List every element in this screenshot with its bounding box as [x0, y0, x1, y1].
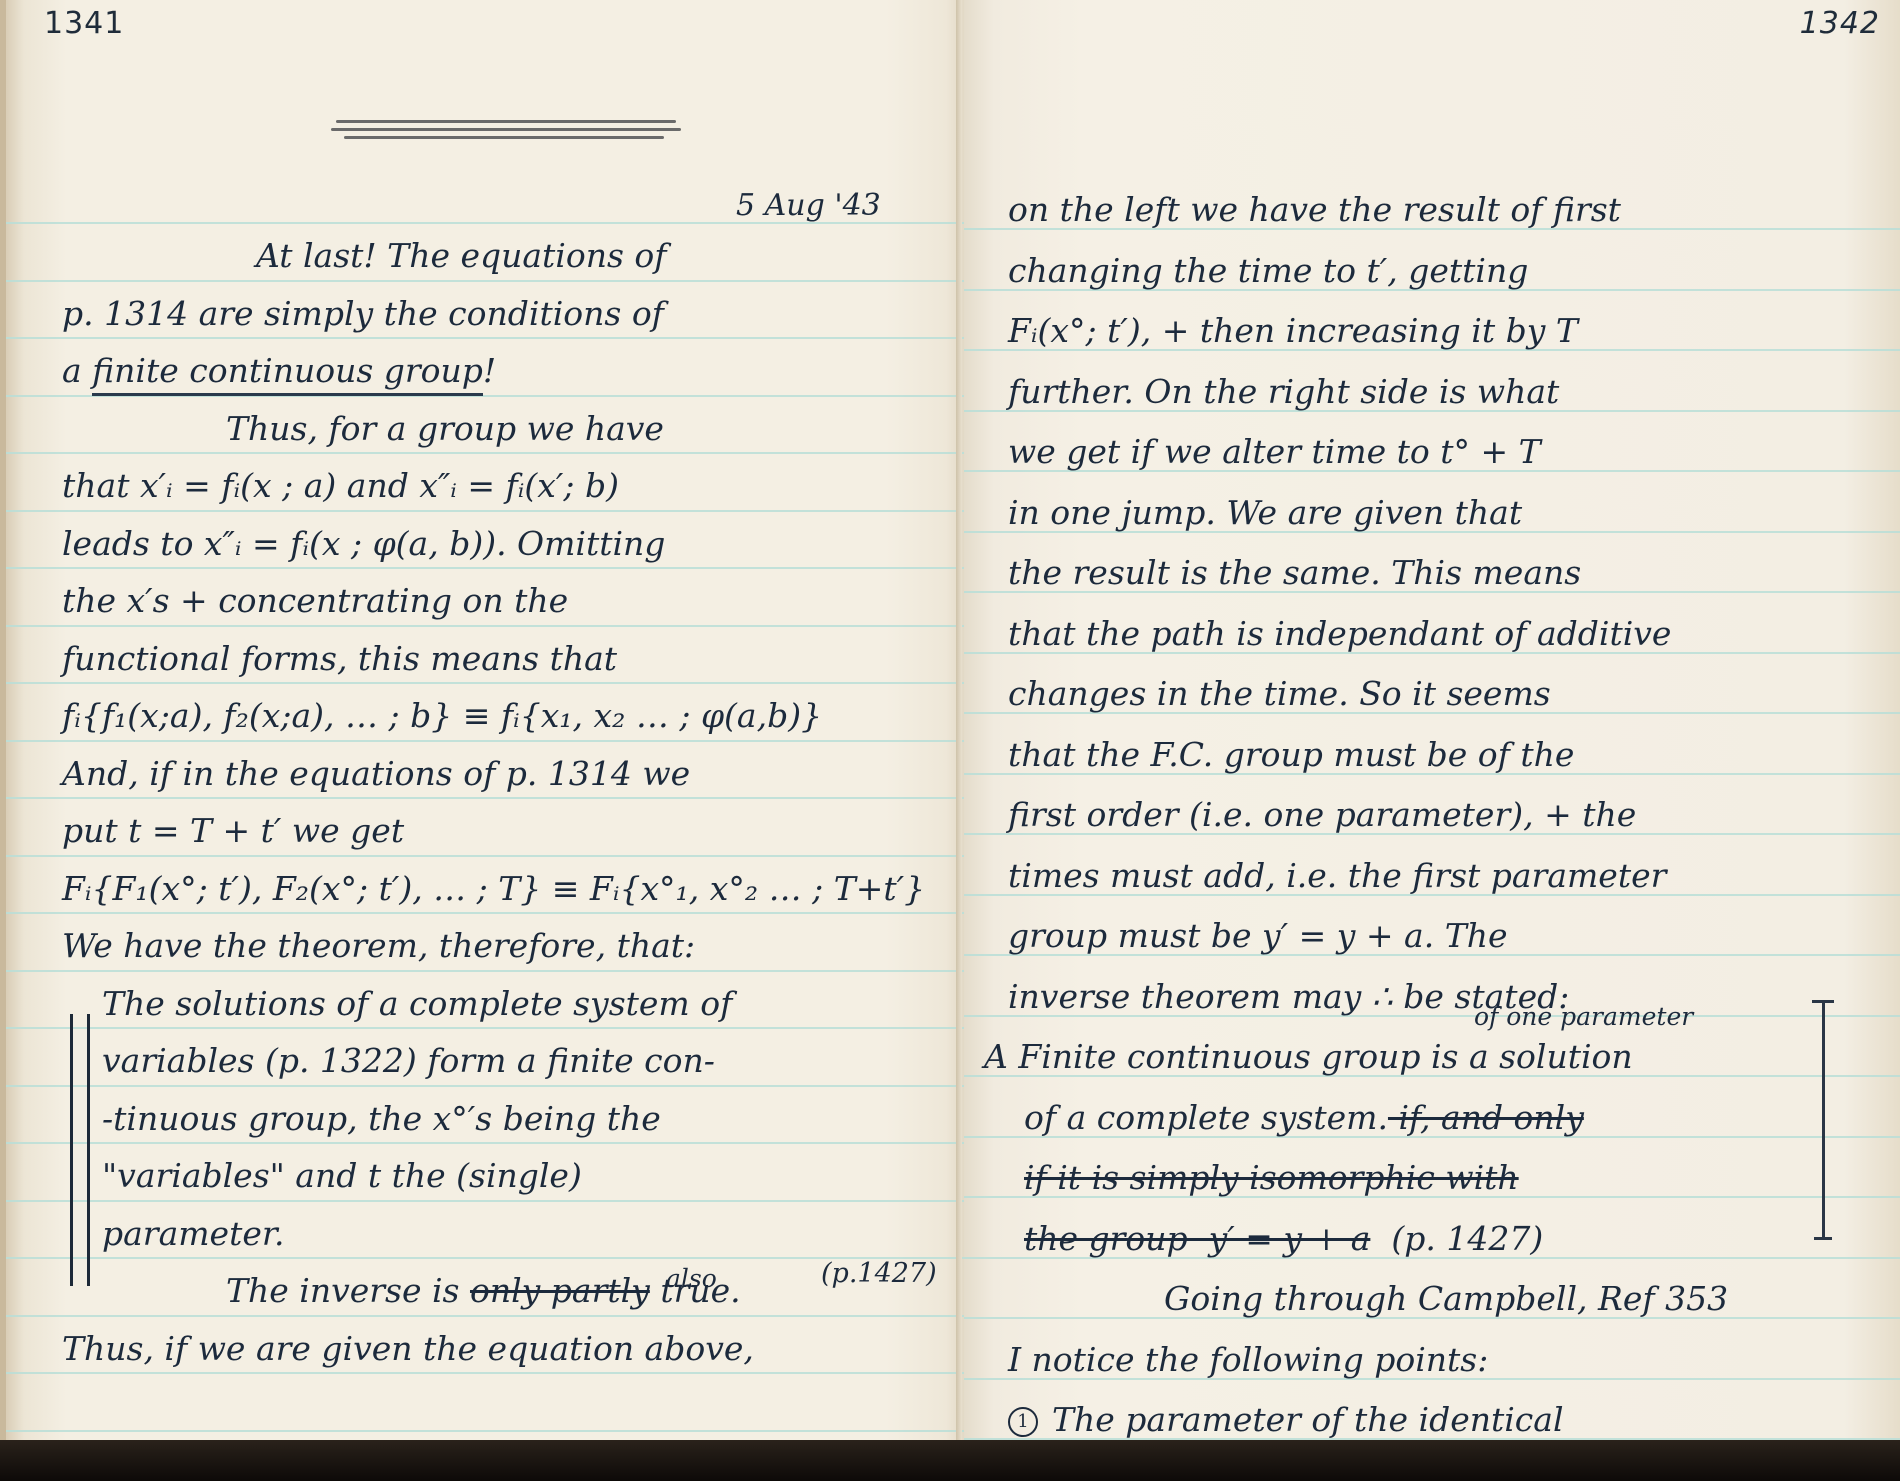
handwritten-line: functional forms, this means that [62, 639, 964, 699]
line-text: Going through Campbell, Ref 353 [1164, 1279, 1728, 1319]
line-text: Thus, for a group we have [226, 409, 664, 449]
margin-bracket-left [70, 1014, 90, 1286]
handwritten-line: on the left we have the result of first [1008, 190, 1900, 250]
line-text: ! [483, 351, 496, 391]
line-text: further. On the right side is what [1008, 372, 1559, 412]
heading-divider [336, 120, 676, 123]
line-text: we get if we alter time to t° + T [1008, 432, 1541, 472]
handwritten-line: of a complete system. if, and only [1024, 1098, 1900, 1158]
line-text: leads to x″ᵢ = fᵢ(x ; φ(a, b)). Omitting [62, 524, 665, 564]
spine-gutter [956, 0, 962, 1462]
line-text: changing the time to t′, getting [1008, 251, 1528, 291]
page-number-right: 1342 [1800, 6, 1880, 41]
line-text: fᵢ{f₁(x;a), f₂(x;a), … ; b} ≡ fᵢ{x₁, x₂ … [62, 696, 822, 736]
struck-out-text: only partly [470, 1271, 650, 1311]
line-text: put t = T + t′ we get [62, 811, 404, 851]
heading-divider [344, 136, 664, 139]
line-text: a [62, 351, 92, 391]
handwritten-line: Thus, if we are given the equation above… [62, 1329, 964, 1389]
underlined-text: finite continuous group [92, 351, 483, 396]
handwritten-line: that the path is independant of additive [1008, 614, 1900, 674]
page-number-left: 1341 [44, 6, 124, 41]
handwritten-line: Fᵢ(x°; t′), + then increasing it by T [1008, 311, 1900, 371]
line-text: that x′ᵢ = fᵢ(x ; a) and x″ᵢ = fᵢ(x′; b) [62, 466, 619, 506]
line-text: the result is the same. This means [1008, 553, 1581, 593]
handwritten-line: variables (p. 1322) form a finite con- [102, 1041, 964, 1101]
line-text: functional forms, this means that [62, 639, 617, 679]
rule-line [6, 1430, 964, 1432]
notebook-spread: 1341 5 Aug '43 At last! The equations of… [0, 0, 1900, 1462]
handwritten-line: leads to x″ᵢ = fᵢ(x ; φ(a, b)). Omitting [62, 524, 964, 584]
struck-out-text: the group y′ = y + a [1024, 1219, 1370, 1259]
handwritten-line: group must be y′ = y + a. The [1008, 916, 1900, 976]
line-text: Thus, if we are given the equation above… [62, 1329, 754, 1369]
handwritten-line: A Finite continuous group is a solution [984, 1037, 1900, 1097]
line-text: on the left we have the result of first [1008, 190, 1621, 230]
line-text: -tinuous group, the x°′s being the [102, 1099, 661, 1139]
handwritten-line: p. 1314 are simply the conditions of [62, 294, 964, 354]
insertion-of-one-parameter: of one parameter [1474, 1002, 1693, 1031]
handwritten-line: the group y′ = y + a (p. 1427) [1024, 1219, 1900, 1279]
handwritten-line: At last! The equations of [256, 236, 964, 296]
handwritten-line: And, if in the equations of p. 1314 we [62, 754, 964, 814]
handwritten-line: the result is the same. This means [1008, 553, 1900, 613]
handwritten-line: Thus, for a group we have [226, 409, 964, 469]
handwritten-line: further. On the right side is what [1008, 372, 1900, 432]
handwritten-line: The solutions of a complete system of [102, 984, 964, 1044]
line-text: times must add, i.e. the first parameter [1008, 856, 1666, 896]
insertion-also: also [666, 1264, 717, 1293]
line-text: And, if in the equations of p. 1314 we [62, 754, 690, 794]
line-text: in one jump. We are given that [1008, 493, 1522, 533]
line-text: group must be y′ = y + a. The [1008, 916, 1508, 956]
handwritten-line: that x′ᵢ = fᵢ(x ; a) and x″ᵢ = fᵢ(x′; b) [62, 466, 964, 526]
line-text: variables (p. 1322) form a finite con- [102, 1041, 715, 1081]
handwritten-line: we get if we alter time to t° + T [1008, 432, 1900, 492]
line-text: Fᵢ{F₁(x°; t′), F₂(x°; t′), … ; T} ≡ Fᵢ{x… [62, 869, 925, 909]
line-text: first order (i.e. one parameter), + the [1008, 795, 1636, 835]
handwritten-line: a finite continuous group! [62, 351, 964, 411]
line-text: The solutions of a complete system of [102, 984, 732, 1024]
handwritten-line: if it is simply isomorphic with [1024, 1158, 1900, 1218]
handwritten-line: first order (i.e. one parameter), + the [1008, 795, 1900, 855]
line-text: "variables" and t the (single) [102, 1156, 582, 1196]
handwritten-line: the x′s + concentrating on the [62, 581, 964, 641]
handwritten-line: "variables" and t the (single) [102, 1156, 964, 1216]
line-text: of a complete system. [1024, 1098, 1388, 1138]
handwritten-line: fᵢ{f₁(x;a), f₂(x;a), … ; b} ≡ fᵢ{x₁, x₂ … [62, 696, 964, 756]
page-edge-shadow [0, 1440, 1900, 1481]
circled-number: 1 [1008, 1407, 1038, 1437]
line-text: p. 1314 are simply the conditions of [62, 294, 664, 334]
insertion-page-ref: (p.1427) [821, 1258, 937, 1289]
handwritten-line: -tinuous group, the x°′s being the [102, 1099, 964, 1159]
handwritten-line: Fᵢ{F₁(x°; t′), F₂(x°; t′), … ; T} ≡ Fᵢ{x… [62, 869, 964, 929]
handwritten-line: inverse theorem may ∴ be stated: [1008, 977, 1900, 1037]
line-text: The inverse is [226, 1271, 470, 1311]
right-page: 1342 on the left we have the result of f… [964, 0, 1900, 1462]
margin-bracket-right [1822, 1000, 1825, 1240]
line-text: At last! The equations of [256, 236, 667, 276]
handwritten-line: changes in the time. So it seems [1008, 674, 1900, 734]
line-text: The parameter of the identical [1052, 1400, 1564, 1440]
heading-divider [331, 128, 681, 131]
line-text: Fᵢ(x°; t′), + then increasing it by T [1008, 311, 1578, 351]
line-text: the x′s + concentrating on the [62, 581, 568, 621]
struck-out-text: if, and only [1388, 1098, 1584, 1138]
handwritten-line: changing the time to t′, getting [1008, 251, 1900, 311]
handwritten-line: Going through Campbell, Ref 353 [1164, 1279, 1900, 1339]
line-text: changes in the time. So it seems [1008, 674, 1551, 714]
line-text: A Finite continuous group is a solution [984, 1037, 1633, 1077]
line-text: I notice the following points: [1008, 1340, 1488, 1380]
left-page: 1341 5 Aug '43 At last! The equations of… [0, 0, 964, 1462]
line-text: parameter. [102, 1214, 285, 1254]
handwritten-line: times must add, i.e. the first parameter [1008, 856, 1900, 916]
handwritten-line: I notice the following points: [1008, 1340, 1900, 1400]
handwritten-line: that the F.C. group must be of the [1008, 735, 1900, 795]
handwritten-line: put t = T + t′ we get [62, 811, 964, 871]
line-text: that the path is independant of additive [1008, 614, 1671, 654]
line-text: We have the theorem, therefore, that: [62, 926, 695, 966]
line-text: that the F.C. group must be of the [1008, 735, 1574, 775]
struck-out-text: if it is simply isomorphic with [1024, 1158, 1519, 1198]
handwritten-line: We have the theorem, therefore, that: [62, 926, 964, 986]
line-text: (p. 1427) [1370, 1219, 1543, 1259]
handwritten-line: in one jump. We are given that [1008, 493, 1900, 553]
